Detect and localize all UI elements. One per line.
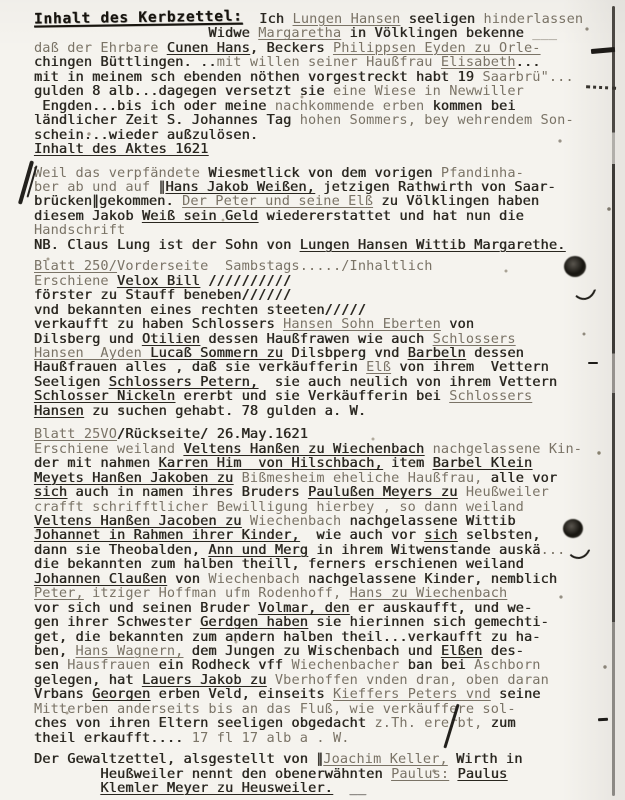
underlined-phrase: Lungen Hansen Wittib Margarethe. — [300, 237, 566, 253]
text-line: Dilsberg und Otilien dessen Haußfrawen w… — [34, 332, 612, 346]
document-section-blatt-250-vorderseite: Blatt 250/Vorderseite Sambstags...../Inh… — [34, 259, 612, 418]
text-segment: Hausfrauen — [67, 657, 150, 673]
underlined-phrase: Hansen Ayden — [34, 345, 150, 361]
text-line: theil erkaufft.... 17 fl 17 alb a . W. — [34, 731, 612, 745]
text-line: Handschrift — [34, 223, 612, 237]
text-segment: Erschiene weiland — [34, 441, 183, 457]
underlined-phrase: Margaretha — [258, 25, 341, 41]
text-line: Hansen Ayden Lucaß Sommern zu Dilsbperg … — [34, 346, 612, 360]
underlined-phrase: Joachim Keller, — [323, 751, 448, 767]
document-section-akt-1621-summary: Weil das verpfändete Wiesmetlick von dem… — [34, 166, 612, 253]
text-line: Johannet in Rahmen ihrer Kinder, wie auc… — [34, 528, 612, 542]
text-segment: eine Wiese in Newwiller — [333, 83, 524, 99]
text-line: Erschiene weiland Veltens Hanßen zu Wiec… — [34, 442, 612, 456]
text-segment: Wiechenbach — [250, 513, 341, 529]
underlined-phrase: Schlossers — [449, 388, 532, 404]
text-segment: itziger Hoffman ufm Rodenhoff, — [84, 585, 350, 601]
scanned-document-page: Inhalt des Kerbzettel: Ich Lungen Hansen… — [0, 0, 625, 800]
underlined-phrase: Elisabeth — [441, 54, 516, 70]
underlined-phrase: Inhalt des Aktes 1621 — [34, 141, 208, 157]
underlined-phrase: Georgen — [92, 686, 150, 702]
underlined-phrase: Hans zu Wiechenbach — [350, 585, 508, 601]
edge-dash — [588, 362, 598, 364]
document-heading: Inhalt des Kerbzettel: — [34, 10, 243, 27]
ink-blot — [564, 256, 586, 277]
text-line: NB. Claus Lung ist der Sohn von Lungen H… — [34, 238, 612, 252]
text-line: Engden...bis ich oder meine nachkommende… — [34, 99, 612, 113]
text-segment: z.Th. ererbt, — [374, 715, 482, 731]
text-segment: item — [383, 455, 433, 471]
text-segment: von — [441, 316, 474, 332]
text-segment: daß der Ehrbare — [34, 40, 167, 56]
text-line: sen Hausfrauen ein Rodheck vff Wiechenba… — [34, 658, 612, 672]
text-line: mit in meinem sch ebenden nöthen vorgest… — [34, 70, 612, 84]
text-line: sich auch in namen ihres Bruders Pauluße… — [34, 485, 612, 499]
text-line: Der Gewaltzettel, alsgestellt von ∥Joach… — [34, 752, 612, 766]
text-segment: zu suchen gehabt. 78 gulden a. W. — [84, 403, 366, 419]
text-line: gelegen, hat Lauers Jakob zu Vberhoffen … — [34, 673, 612, 687]
text-line: Schlosser Nickeln ererbt und sie Verkäuf… — [34, 389, 612, 403]
scan-edge-line — [612, 6, 615, 796]
paper-speckles — [0, 0, 2, 2]
underlined-phrase: Elß — [366, 359, 391, 375]
text-line: crafft schrifftlicher Bewilligung hierbe… — [34, 500, 612, 514]
text-line: Erschiene Velox Bill ////////// — [34, 274, 612, 288]
text-line: Blatt 25VO/Rückseite/ 26.May.1621 — [34, 427, 612, 441]
text-segment: auch in namen ihres Bruders — [67, 484, 308, 500]
underlined-phrase: Paulus: — [391, 766, 449, 782]
underlined-phrase: Schlossers — [433, 331, 516, 347]
text-line: Heußweiler nennt den obenerwähnten Paulu… — [34, 767, 612, 781]
text-line: gulden 8 alb...dagegen versetzt sie eine… — [34, 84, 612, 98]
text-segment: Erschiene — [34, 273, 117, 289]
ink-blot — [563, 519, 583, 538]
text-line: brücken∥gekommen. Der Peter und seine El… — [34, 194, 612, 208]
document-section-kerbzettel-summary: Inhalt des Kerbzettel: Ich Lungen Hansen… — [34, 12, 612, 157]
underlined-phrase: Der Peter und seine Elß — [182, 193, 373, 209]
text-segment: theil erkaufft.... — [34, 730, 192, 746]
text-line: gen ihrer Schwester Gerdgen haben sie hi… — [34, 615, 612, 629]
text-line: die bekannten zum halben theill, ferners… — [34, 557, 612, 571]
text-line: Klemler Meyer zu Heusweiler. __ — [34, 781, 612, 795]
text-line: vor sich und seinen Bruder Volmar, den e… — [34, 601, 612, 615]
text-segment: ... — [516, 54, 541, 70]
text-line: Peter, itziger Hoffman ufm Rodenhoff, Ha… — [34, 586, 612, 600]
underlined-phrase: sich — [34, 484, 67, 500]
edge-dash — [598, 718, 608, 721]
text-segment: erben Veld, einseits — [150, 686, 333, 702]
text-segment: Bißmesheim eheliche Haußfrau, — [242, 470, 483, 486]
text-segment — [34, 780, 100, 796]
text-line: schein...wieder außzulösen. — [34, 128, 612, 142]
text-segment: ber ab und auf — [34, 179, 159, 195]
text-line: chingen Büttlingen. ..mit willen seiner … — [34, 55, 612, 69]
text-line: Veltens Hanßen Jacoben zu Wiechenbach na… — [34, 514, 612, 528]
text-line: Widwe Margaretha in Völklingen bekenne _… — [34, 26, 612, 40]
text-line: der mit nahmen Karren Him von Hilschbach… — [34, 456, 612, 470]
text-segment: seine — [491, 686, 541, 702]
text-segment: Pfandinha- — [441, 165, 524, 181]
text-segment: Heußweiler — [458, 484, 549, 500]
text-line: ches von ihren Eltern seeligen obgedacht… — [34, 716, 612, 730]
underlined-phrase: Paulußen Meyers zu — [308, 484, 457, 500]
text-line: Vrbans Georgen erben Veld, einseits Kief… — [34, 687, 612, 701]
text-segment: Vrbans — [34, 686, 92, 702]
underlined-phrase: Paulus — [458, 766, 508, 782]
underlined-phrase: Blatt 250/ — [34, 258, 117, 274]
underlined-phrase: Klemler Meyer zu Heusweiler. — [100, 780, 333, 796]
underlined-phrase: Hansen — [34, 403, 84, 419]
text-line: Mitterben anderseits bis an das Fluß, wi… — [34, 702, 612, 716]
text-line: Haußfrauen alles , daß sie verkäufferin … — [34, 360, 612, 374]
document-section-gewaltzettel-note: Der Gewaltzettel, alsgestellt von ∥Joach… — [34, 752, 612, 795]
text-line: förster zu Stauff beneben////// — [34, 288, 612, 302]
document-body: Inhalt des Kerbzettel: Ich Lungen Hansen… — [34, 12, 612, 796]
text-line: verkaufft zu haben Schlossers Hansen Soh… — [34, 317, 612, 331]
text-line: Hansen zu suchen gehabt. 78 gulden a. W. — [34, 404, 612, 418]
underlined-phrase: Peter, — [34, 585, 84, 601]
text-segment — [449, 766, 457, 782]
text-segment: hohen Sommers, bey wehrendem Son- — [300, 112, 574, 128]
text-segment: mit willen seiner Haußfrau — [217, 54, 441, 70]
underlined-phrase: Blatt 25VO — [34, 426, 117, 442]
text-line: Meyets Hanßen Jakoben zu Bißmesheim ehel… — [34, 471, 612, 485]
text-line: Weil das verpfändete Wiesmetlick von dem… — [34, 166, 612, 180]
text-line: vnd bekannten eines rechten steeten///// — [34, 303, 612, 317]
text-line: Blatt 250/Vorderseite Sambstags...../Inh… — [34, 259, 612, 273]
text-segment: ... — [541, 542, 566, 558]
text-segment: Vorderseite Sambstags...../Inhaltlich — [117, 258, 433, 274]
underlined-phrase: Hansen Sohn Eberten — [283, 316, 441, 332]
text-line: Inhalt des Aktes 1621 — [34, 142, 612, 156]
underlined-phrase: Weiß sein Geld — [142, 208, 258, 224]
document-section-blatt-25vo-rueckseite: Blatt 25VO/Rückseite/ 26.May.1621Erschie… — [34, 427, 612, 745]
text-line: dann sie Theobalden, Ann und Merg in ihr… — [34, 543, 612, 557]
text-segment: zum — [482, 715, 515, 731]
text-segment: Handschrift — [34, 222, 125, 238]
text-segment: wiedererstattet und hat nun die — [258, 208, 524, 224]
text-line: get, die bekannten zum andern halben the… — [34, 630, 612, 644]
underlined-phrase: Kieffers Peters vnd — [333, 686, 491, 702]
text-line: ländlicher Zeit S. Johannes Tag hohen So… — [34, 113, 612, 127]
text-segment: __ — [333, 780, 366, 796]
text-segment: NB. Claus Lung ist der Sohn von — [34, 237, 300, 253]
text-segment: 17 fl 17 alb a . W. — [192, 730, 350, 746]
text-segment: nachgelassene Kin- — [424, 441, 582, 457]
